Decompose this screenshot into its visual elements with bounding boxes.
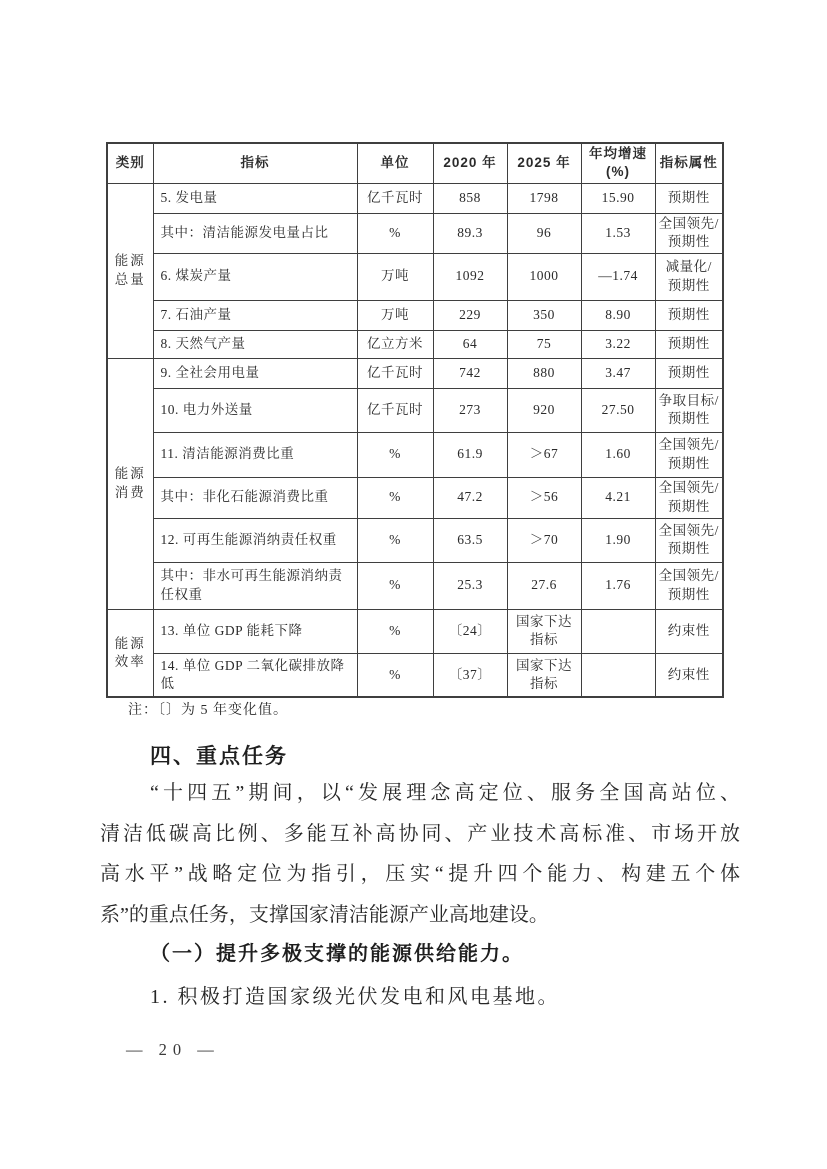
growth-cell: 27.50	[581, 388, 655, 432]
indicator-cell: 9. 全社会用电量	[153, 358, 357, 388]
growth-cell: 8.90	[581, 300, 655, 330]
value-2020-cell: 61.9	[433, 432, 507, 477]
unit-cell: 亿立方米	[357, 330, 433, 358]
indicators-table: 类别 指标 单位 2020 年 2025 年 年均增速 (%) 指标属性 能源 …	[106, 142, 724, 698]
growth-cell: 3.47	[581, 358, 655, 388]
growth-cell: 15.90	[581, 183, 655, 213]
unit-cell: %	[357, 477, 433, 518]
table-note: 注：〔〕为 5 年变化值。	[128, 699, 288, 719]
growth-cell	[581, 653, 655, 697]
value-2025-cell: 75	[507, 330, 581, 358]
value-2020-cell: 858	[433, 183, 507, 213]
attribute-cell: 约束性	[655, 653, 723, 697]
growth-cell: 1.90	[581, 518, 655, 562]
col-header-indicator: 指标	[153, 143, 357, 183]
unit-cell: %	[357, 653, 433, 697]
indicator-cell: 8. 天然气产量	[153, 330, 357, 358]
attribute-cell: 减量化/ 预期性	[655, 253, 723, 300]
attribute-cell: 全国领先/ 预期性	[655, 432, 723, 477]
table-row: 能源 总量 5. 发电量 亿千瓦时 858 1798 15.90 预期性	[107, 183, 723, 213]
value-2020-cell: 1092	[433, 253, 507, 300]
value-2020-cell: 25.3	[433, 562, 507, 609]
category-cell: 能源 总量	[107, 183, 153, 358]
paragraph-line: 高水平”战略定位为指引，压实“提升四个能力、构建五个体	[100, 854, 740, 895]
page-number: — 20 —	[126, 1040, 220, 1060]
growth-cell: 4.21	[581, 477, 655, 518]
indicator-cell: 13. 单位 GDP 能耗下降	[153, 609, 357, 653]
attribute-cell: 全国领先/ 预期性	[655, 477, 723, 518]
value-2020-cell: 〔24〕	[433, 609, 507, 653]
value-2025-cell: 国家下达 指标	[507, 653, 581, 697]
attribute-cell: 预期性	[655, 300, 723, 330]
table-row: 能源 消费 9. 全社会用电量 亿千瓦时 742 880 3.47 预期性	[107, 358, 723, 388]
attribute-cell: 预期性	[655, 330, 723, 358]
value-2025-cell: 920	[507, 388, 581, 432]
value-2020-cell: 273	[433, 388, 507, 432]
indicator-cell: 7. 石油产量	[153, 300, 357, 330]
growth-cell	[581, 609, 655, 653]
subsection-heading: （一）提升多极支撑的能源供给能力。	[100, 937, 740, 966]
col-header-2020: 2020 年	[433, 143, 507, 183]
value-2020-cell: 47.2	[433, 477, 507, 518]
indicator-cell: 12. 可再生能源消纳责任权重	[153, 518, 357, 562]
value-2025-cell: 国家下达 指标	[507, 609, 581, 653]
col-header-attribute: 指标属性	[655, 143, 723, 183]
table-row: 8. 天然气产量 亿立方米 64 75 3.22 预期性	[107, 330, 723, 358]
table-row: 其中：清洁能源发电量占比 % 89.3 96 1.53 全国领先/ 预期性	[107, 213, 723, 253]
unit-cell: 亿千瓦时	[357, 388, 433, 432]
value-2025-cell: 1000	[507, 253, 581, 300]
table-row: 其中：非水可再生能源消纳责任权重 % 25.3 27.6 1.76 全国领先/ …	[107, 562, 723, 609]
category-cell: 能源 消费	[107, 358, 153, 609]
col-header-growth: 年均增速 (%)	[581, 143, 655, 183]
attribute-cell: 预期性	[655, 358, 723, 388]
unit-cell: %	[357, 562, 433, 609]
value-2025-cell: 880	[507, 358, 581, 388]
indicator-cell: 其中：非化石能源消费比重	[153, 477, 357, 518]
unit-cell: 亿千瓦时	[357, 183, 433, 213]
indicator-cell: 10. 电力外送量	[153, 388, 357, 432]
growth-cell: 3.22	[581, 330, 655, 358]
document-page: 类别 指标 单位 2020 年 2025 年 年均增速 (%) 指标属性 能源 …	[0, 0, 827, 1169]
indicator-cell: 其中：非水可再生能源消纳责任权重	[153, 562, 357, 609]
unit-cell: 万吨	[357, 300, 433, 330]
unit-cell: %	[357, 213, 433, 253]
table-row: 12. 可再生能源消纳责任权重 % 63.5 ＞70 1.90 全国领先/ 预期…	[107, 518, 723, 562]
value-2020-cell: 64	[433, 330, 507, 358]
value-2025-cell: ＞67	[507, 432, 581, 477]
value-2025-cell: 1798	[507, 183, 581, 213]
col-header-unit: 单位	[357, 143, 433, 183]
unit-cell: %	[357, 432, 433, 477]
table-row: 11. 清洁能源消费比重 % 61.9 ＞67 1.60 全国领先/ 预期性	[107, 432, 723, 477]
attribute-cell: 约束性	[655, 609, 723, 653]
growth-cell: 1.53	[581, 213, 655, 253]
growth-cell: 1.60	[581, 432, 655, 477]
value-2025-cell: 27.6	[507, 562, 581, 609]
value-2020-cell: 742	[433, 358, 507, 388]
value-2020-cell: 〔37〕	[433, 653, 507, 697]
category-cell: 能源 效率	[107, 609, 153, 697]
indicator-cell: 其中：清洁能源发电量占比	[153, 213, 357, 253]
table-row: 能源 效率 13. 单位 GDP 能耗下降 % 〔24〕 国家下达 指标 约束性	[107, 609, 723, 653]
value-2025-cell: ＞56	[507, 477, 581, 518]
col-header-category: 类别	[107, 143, 153, 183]
table-row: 6. 煤炭产量 万吨 1092 1000 —1.74 减量化/ 预期性	[107, 253, 723, 300]
value-2020-cell: 89.3	[433, 213, 507, 253]
table-row: 10. 电力外送量 亿千瓦时 273 920 27.50 争取目标/ 预期性	[107, 388, 723, 432]
attribute-cell: 全国领先/ 预期性	[655, 518, 723, 562]
value-2025-cell: 96	[507, 213, 581, 253]
table-row: 其中：非化石能源消费比重 % 47.2 ＞56 4.21 全国领先/ 预期性	[107, 477, 723, 518]
unit-cell: 万吨	[357, 253, 433, 300]
attribute-cell: 全国领先/ 预期性	[655, 562, 723, 609]
value-2020-cell: 63.5	[433, 518, 507, 562]
attribute-cell: 全国领先/ 预期性	[655, 213, 723, 253]
paragraph-line: 清洁低碳高比例、多能互补高协同、产业技术高标准、市场开放	[100, 814, 740, 855]
value-2020-cell: 229	[433, 300, 507, 330]
unit-cell: 亿千瓦时	[357, 358, 433, 388]
attribute-cell: 争取目标/ 预期性	[655, 388, 723, 432]
indicator-cell: 11. 清洁能源消费比重	[153, 432, 357, 477]
indicator-cell: 14. 单位 GDP 二氧化碳排放降低	[153, 653, 357, 697]
unit-cell: %	[357, 518, 433, 562]
growth-cell: 1.76	[581, 562, 655, 609]
value-2025-cell: ＞70	[507, 518, 581, 562]
indicator-cell: 5. 发电量	[153, 183, 357, 213]
indicator-cell: 6. 煤炭产量	[153, 253, 357, 300]
paragraph-line: “十四五”期间，以“发展理念高定位、服务全国高站位、	[100, 773, 740, 814]
attribute-cell: 预期性	[655, 183, 723, 213]
table-header-row: 类别 指标 单位 2020 年 2025 年 年均增速 (%) 指标属性	[107, 143, 723, 183]
table-row: 14. 单位 GDP 二氧化碳排放降低 % 〔37〕 国家下达 指标 约束性	[107, 653, 723, 697]
section-heading: 四、重点任务	[150, 740, 288, 770]
unit-cell: %	[357, 609, 433, 653]
table-row: 7. 石油产量 万吨 229 350 8.90 预期性	[107, 300, 723, 330]
body-paragraph: “十四五”期间，以“发展理念高定位、服务全国高站位、 清洁低碳高比例、多能互补高…	[100, 773, 740, 935]
col-header-2025: 2025 年	[507, 143, 581, 183]
paragraph-line: 系”的重点任务，支撑国家清洁能源产业高地建设。	[100, 895, 740, 936]
growth-cell: —1.74	[581, 253, 655, 300]
numbered-item: 1. 积极打造国家级光伏发电和风电基地。	[100, 980, 740, 1009]
value-2025-cell: 350	[507, 300, 581, 330]
